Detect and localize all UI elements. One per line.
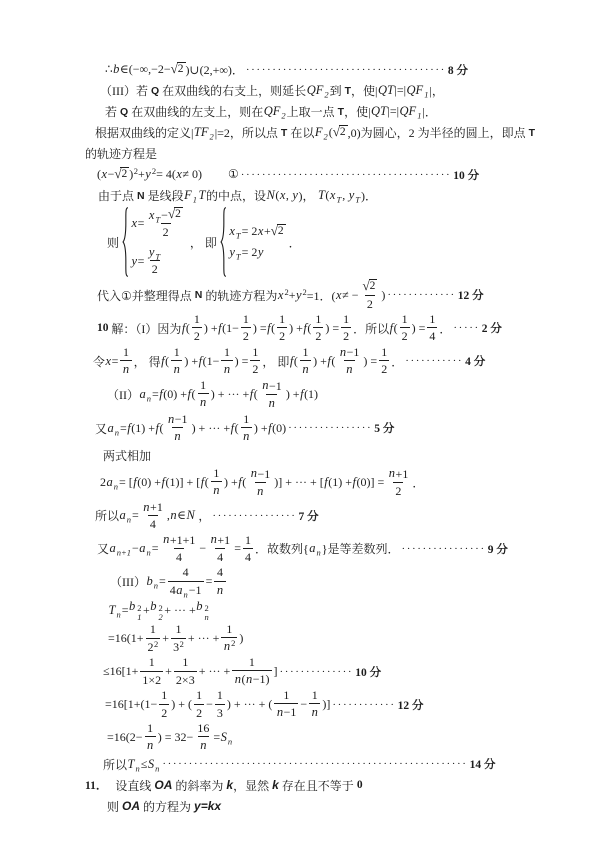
text-run: = <box>234 541 241 556</box>
var-with-superscript: x2 <box>277 288 288 303</box>
math-token: a <box>107 421 114 435</box>
fraction: 14 <box>243 534 253 564</box>
denominator: n <box>172 427 183 444</box>
text-run: 1 <box>224 346 230 359</box>
text-run: 2 <box>367 298 373 311</box>
text-run: ( <box>165 354 169 369</box>
denominator: 2 <box>313 327 323 343</box>
numerator: 1 <box>241 313 251 327</box>
text-run: −1 <box>347 346 360 359</box>
math-token: QF <box>406 83 424 97</box>
subscript: n <box>184 590 188 599</box>
math-token: 3 <box>173 640 179 654</box>
fraction: 1n <box>221 346 232 377</box>
text-run: 1 <box>194 313 200 326</box>
cases-row: y=yT2 <box>131 246 187 277</box>
document-page: ∴b∈(−∞,−2−√2)∪(2,+∞)．···················… <box>0 0 600 848</box>
denominator: n <box>198 393 209 410</box>
text-run: ∈ <box>177 508 186 523</box>
text-run: ，使| <box>351 82 377 99</box>
denominator: n <box>211 481 222 498</box>
fraction: n−1n <box>337 346 361 378</box>
text-run: +1 <box>217 534 230 547</box>
subscript: T <box>155 215 160 224</box>
text-run: 4 <box>429 330 435 343</box>
text-run: + <box>143 603 150 618</box>
text-run: 1 <box>182 656 188 669</box>
document-line: Tn=b21+b22+ ··· +b2n <box>108 599 570 621</box>
text-run: ( <box>160 421 164 436</box>
text-run: = <box>138 216 145 231</box>
var-with-superscript: )2 <box>129 167 138 182</box>
denominator: 3 <box>215 704 225 720</box>
numerator: 4 <box>215 566 225 580</box>
numerator: 1 <box>211 467 221 481</box>
var-with-subscript: an <box>107 421 120 436</box>
text-run: ， 即 <box>190 234 217 251</box>
text-run: 到 <box>330 82 345 99</box>
text-run: = 2 <box>242 245 258 260</box>
text-run: 2 <box>178 63 184 75</box>
cases-rows: xT= 2x+√2yT= 2y <box>227 224 286 260</box>
document-line: 的轨迹方程是 <box>85 144 570 163</box>
text-run: 的轨迹方程为 <box>202 287 277 304</box>
text-run: 2 <box>315 330 321 343</box>
numerator: 1 <box>243 534 253 548</box>
denominator: 32 <box>171 638 186 654</box>
subscript: 2 <box>324 90 328 100</box>
text-run: 1 <box>175 623 181 636</box>
math-token: y <box>348 188 355 202</box>
math-variable: n <box>213 484 220 498</box>
dot-leader: ················ <box>402 543 486 555</box>
text-run: )． <box>361 187 377 204</box>
var-with-subscript: an <box>139 387 152 402</box>
math-variable: n <box>268 397 275 411</box>
subscript: 2 <box>159 613 163 622</box>
math-variable: T <box>198 188 206 203</box>
text-run: ∈(−∞,−2− <box>120 62 171 77</box>
var-with-subscript: an <box>139 541 152 556</box>
denominator: 2 <box>161 223 171 239</box>
score-text: 8 分 <box>448 62 468 78</box>
fraction: n−1n <box>166 413 190 445</box>
text-run: 存在且不等于 <box>279 777 357 794</box>
fraction: 1n <box>300 346 311 377</box>
text-run: )] + ··· + [ <box>274 475 324 490</box>
fraction: 12 <box>194 689 204 719</box>
math-token: a <box>139 387 146 401</box>
math-token: a <box>139 541 146 555</box>
fraction: 12 <box>313 313 323 343</box>
math-variable: n <box>168 413 175 427</box>
text-run: (0) + <box>137 475 161 490</box>
numerator: 1 <box>121 346 131 360</box>
point-label: T <box>529 127 535 139</box>
var-with-subscript: TF2 <box>193 125 214 140</box>
denominator: 2 <box>341 327 351 343</box>
fraction: 12 <box>241 313 251 343</box>
numerator: 1 <box>379 346 389 360</box>
denominator: 2 <box>365 295 375 311</box>
document-line: (x−√2)2+y2= 4(x≠ 0)①····················… <box>97 165 570 184</box>
dot-leader: ················ <box>288 422 372 434</box>
point-label: N <box>137 190 145 202</box>
fraction: 16n <box>195 722 211 753</box>
radicand: 2 <box>339 125 348 140</box>
fraction: 132 <box>171 623 186 653</box>
var-with-sub-sup: b22 <box>150 599 165 621</box>
text-run: = 2 <box>242 224 258 239</box>
math-token: a <box>119 508 126 522</box>
text-run: 4 <box>150 518 156 531</box>
subscript: 1 <box>424 90 428 100</box>
subscript: n <box>205 613 209 622</box>
numerator: 1 <box>172 346 182 360</box>
text-run: + <box>165 664 172 679</box>
var-with-subscript: yT <box>229 245 242 260</box>
numerator: n+1 <box>208 533 232 548</box>
text-run: ≤ <box>141 757 148 772</box>
text-run: ≠ 0) <box>182 167 202 182</box>
document-line: =16(2−1n) = 32−16n=Sn <box>107 722 570 753</box>
text-run: ) + ··· + <box>211 387 250 402</box>
numerator: 1 <box>301 346 311 360</box>
denominator: n(n−1) <box>232 670 271 687</box>
subscript: n <box>155 763 159 773</box>
fraction: 1n <box>211 467 222 498</box>
math-variable: n <box>122 363 129 377</box>
denominator: 4 <box>427 327 437 343</box>
text-run: 2 <box>381 363 387 376</box>
var-with-sub-sup: b21 <box>128 599 143 621</box>
math-token: F <box>314 125 323 139</box>
dot-leader: ······································ <box>246 64 446 76</box>
numerator: n+1 <box>141 501 165 516</box>
document-line: （III）bn=44an−1=4n <box>110 566 570 597</box>
text-run: ( <box>186 321 190 336</box>
fraction: 12 <box>250 346 260 376</box>
text-run: 2 <box>340 126 346 138</box>
text-run: 2 <box>370 280 376 292</box>
math-variable: b <box>113 62 120 77</box>
text-run: ) + <box>224 475 238 490</box>
text-run: ) + <box>286 387 300 402</box>
text-run: +1 <box>150 501 163 514</box>
text-run: 设直线 <box>115 777 154 794</box>
dot-leader: ········································ <box>241 169 452 181</box>
subscript: 2 <box>210 132 214 142</box>
point-label: Q <box>151 85 159 97</box>
text-run: 则 <box>107 798 122 815</box>
score-text: 12 分 <box>398 697 424 713</box>
fraction: 122 <box>146 623 161 653</box>
math-variable: n <box>200 739 207 753</box>
numerator: 1 <box>180 656 190 670</box>
var-with-subscript: bn <box>146 574 159 589</box>
text-run: ． <box>391 353 403 370</box>
denominator: 2 <box>250 360 260 376</box>
math-variable: n <box>210 533 217 547</box>
denominator: 2 <box>393 482 403 498</box>
var-with-subscript: an <box>119 508 132 523</box>
text-run: ) + <box>254 421 268 436</box>
bold-italic-run: OA <box>154 778 172 792</box>
math-token: a <box>309 541 316 555</box>
text-run: 在以 <box>287 124 314 141</box>
radicand: 2 <box>174 207 183 222</box>
text-run: ( <box>294 354 298 369</box>
score-text: 12 分 <box>458 287 484 303</box>
text-run: +1 <box>396 468 409 481</box>
text-run: （II） <box>107 386 139 403</box>
bold-italic-run: y=kx <box>194 799 221 813</box>
denominator: 22 <box>146 638 161 654</box>
text-run: ≤16[1+ <box>103 664 138 679</box>
text-run: = <box>213 730 220 745</box>
text-run: 1×2 <box>142 674 161 687</box>
document-line: 若 Q 在双曲线的左支上，则在QF2上取一点 T，使|QT|=|QF1|． <box>105 102 570 121</box>
text-run: = <box>120 421 127 436</box>
text-run: 2 <box>278 225 284 237</box>
cases-rows: x=xT−√22y=yT2 <box>129 207 187 276</box>
subscript: n <box>115 427 119 437</box>
fraction: 1n <box>309 689 320 720</box>
text-run: 2 <box>152 263 158 276</box>
document-line: ≤16[1+11×2+12×3+ ··· +1n(n−1)]··········… <box>103 656 570 687</box>
math-variable: n <box>276 706 283 720</box>
denominator: n <box>221 360 232 377</box>
text-run: ,0)为圆心，2 为半径的圆上，即点 <box>348 124 529 141</box>
var-with-superscript: y2 <box>295 288 306 303</box>
var-with-subscript: an <box>309 541 322 556</box>
text-run: 1 <box>315 313 321 326</box>
text-run: 2 <box>343 330 349 343</box>
text-run: ( <box>242 475 246 490</box>
fraction: 12 <box>341 313 351 343</box>
fraction: 44an−1 <box>168 566 204 597</box>
var-with-superscript: 22 <box>148 641 159 654</box>
text-run: 1 <box>312 689 318 702</box>
numerator: 1 <box>222 346 232 360</box>
text-run: 2 <box>395 485 401 498</box>
denominator: n <box>214 581 225 598</box>
square-root: √2 <box>271 224 286 239</box>
dot-leader: ··········· <box>405 355 463 367</box>
math-variable: n <box>200 396 207 410</box>
text-run: ] <box>274 664 278 679</box>
text-run: ) <box>381 288 385 303</box>
text-run: ， <box>195 507 210 524</box>
math-variable: n <box>143 501 150 515</box>
text-run: =1．( <box>307 287 336 304</box>
text-run: |， <box>429 82 443 99</box>
text-run: + <box>162 631 169 646</box>
score-text: 10 <box>97 322 111 334</box>
text-run: 则 <box>107 234 119 251</box>
text-run: 1 <box>279 313 285 326</box>
cases-row: x=xT−√22 <box>131 207 187 239</box>
text-run: 2 <box>252 363 258 376</box>
text-run: 2 <box>279 330 285 343</box>
square-root: √2 <box>171 62 186 77</box>
math-variable: n <box>257 485 264 499</box>
text-run: =16(1+ <box>108 631 144 646</box>
text-run: 1 <box>252 346 258 359</box>
text-run: ． <box>439 320 451 337</box>
square-root: √2 <box>362 279 377 294</box>
text-run: 所以 <box>103 756 127 773</box>
text-run: ) + <box>313 354 327 369</box>
point-label: Q <box>120 106 128 118</box>
math-token: b <box>128 599 135 613</box>
superscript: 2 <box>231 639 235 648</box>
radicand: 2 <box>369 279 378 294</box>
var-with-subscript: F2 <box>314 125 328 140</box>
subscript: n <box>147 548 151 558</box>
dot-leader: ················ <box>212 510 296 522</box>
document-line: （II）an=f(0) +f(1n) + ··· +f(n−1n) +f(1) <box>107 379 570 411</box>
denominator: n <box>309 703 320 720</box>
denominator: 4an−1 <box>168 581 204 598</box>
fraction: 12 <box>159 689 169 719</box>
math-token: b <box>146 574 153 588</box>
fraction: 4n <box>214 566 225 597</box>
fraction: n+1+14 <box>161 533 198 564</box>
document-line: 由于点 N 是线段F1T的中点，设N(x, y)， T(xT, yT)． <box>98 186 570 205</box>
fraction: n−1n <box>248 467 272 499</box>
text-run: − <box>206 697 213 712</box>
text-run: (1− <box>203 354 220 369</box>
var-with-superscript: 32 <box>173 641 184 654</box>
denominator: 2 <box>379 360 389 376</box>
document-line: 两式相加 <box>103 446 570 465</box>
text-run: 又 <box>97 540 109 557</box>
text-run: ) + <box>204 321 218 336</box>
var-with-subscript: Sn <box>220 730 233 745</box>
math-token: TF <box>193 125 209 139</box>
math-variable: n <box>302 363 309 377</box>
denominator: n <box>120 360 131 377</box>
var-with-superscript: n2 <box>223 640 235 654</box>
math-variable: n <box>147 739 154 753</box>
text-run: = <box>152 387 159 402</box>
numerator: 1 <box>247 656 257 670</box>
document-line: 2an= [f(0) +f(1)] + [f(1n) +f(n−1n)] + ·… <box>100 467 570 499</box>
fraction: yT2 <box>146 246 163 277</box>
numerator: 1 <box>427 313 437 327</box>
text-run: − <box>132 541 139 556</box>
text-run: ) + <box>184 354 198 369</box>
subscript: T <box>355 195 360 205</box>
subscript: n <box>228 736 232 746</box>
text-run: 2 <box>402 330 408 343</box>
math-variable: n <box>262 379 269 393</box>
text-run: 1 <box>174 346 180 359</box>
math-token: b <box>196 599 203 613</box>
text-run: 1 <box>147 722 153 735</box>
document-line: 10 解：（I）因为f(12) +f(1−12) =f(12) +f(12) =… <box>97 313 570 343</box>
numerator: 1 <box>198 379 208 393</box>
denominator: 1×2 <box>140 671 163 687</box>
math-variable: n <box>173 363 180 377</box>
subscript: T <box>336 195 341 205</box>
text-run: 令 <box>93 353 105 370</box>
text-run: + ··· + <box>164 603 196 618</box>
numerator: n−1 <box>166 413 190 428</box>
text-run: ( <box>331 354 335 369</box>
document-line: 所以an=n+14,n∈N ，················7 分 <box>95 501 570 532</box>
text-run: 1 <box>243 313 249 326</box>
math-token: y <box>229 245 236 259</box>
text-run: (1) + <box>131 421 155 436</box>
var-with-subscript: xT <box>148 209 161 223</box>
text-run: ， 即 <box>262 353 289 370</box>
subscript: 1 <box>137 613 141 622</box>
text-run: −1 <box>258 468 271 481</box>
text-run: 1 <box>213 467 219 480</box>
text-run: |． <box>422 103 436 120</box>
text-run: +1+1 <box>170 534 196 547</box>
math-variable: n <box>170 508 177 523</box>
text-run: |=| <box>387 104 399 119</box>
text-run: 1 <box>150 623 156 636</box>
math-token: QF <box>263 104 281 118</box>
bold-italic-run: OA <box>122 799 140 813</box>
score-text: 2 分 <box>482 320 502 336</box>
superscript: 2 <box>154 640 158 649</box>
math-variable: n <box>339 346 346 360</box>
denominator: n <box>344 360 355 377</box>
numerator: 1 <box>241 413 251 427</box>
text-run: 1 <box>226 623 232 636</box>
text-run: 2 <box>161 707 167 720</box>
var-with-subscript: F1 <box>184 188 198 203</box>
text-run: 4 <box>183 566 189 579</box>
text-run: ( <box>254 387 258 402</box>
text-run: 上取一点 <box>287 103 338 120</box>
text-run: −1 <box>269 380 282 393</box>
subscript: 1 <box>193 195 197 205</box>
text-run: (1)] + [ <box>166 475 201 490</box>
math-token: x <box>229 224 236 238</box>
text-run: )∪(2,+∞)． <box>186 61 244 78</box>
fraction: 1n−1 <box>274 689 298 720</box>
numerator: 1 <box>400 313 410 327</box>
subscript: n <box>116 609 120 619</box>
text-run: |=2，所以点 <box>215 124 281 141</box>
numerator: n−1 <box>337 346 361 361</box>
fraction: 13 <box>215 689 225 719</box>
denominator: 4 <box>148 515 158 531</box>
text-run: + ··· + <box>199 664 231 679</box>
text-run: =16(2− <box>107 730 143 745</box>
text-run: ) + ( <box>171 697 192 712</box>
fraction: n−1n <box>260 379 284 411</box>
text-run: 解：（I）因为 <box>111 320 181 337</box>
text-run: −1) <box>253 673 270 686</box>
dot-leader: ········································… <box>162 758 467 770</box>
numerator: 1 <box>147 656 157 670</box>
var-with-subscript: Sn <box>147 757 160 772</box>
numerator: 1 <box>313 313 323 327</box>
fraction: xT−√22 <box>146 207 184 239</box>
text-run: 2 <box>243 330 249 343</box>
math-variable: n <box>346 363 353 377</box>
text-run: 2 <box>194 330 200 343</box>
document-line: 代入①并整理得点 N 的轨迹方程为x2+y2=1．(x≠ −√22)······… <box>97 279 570 311</box>
math-token: y <box>145 167 152 181</box>
